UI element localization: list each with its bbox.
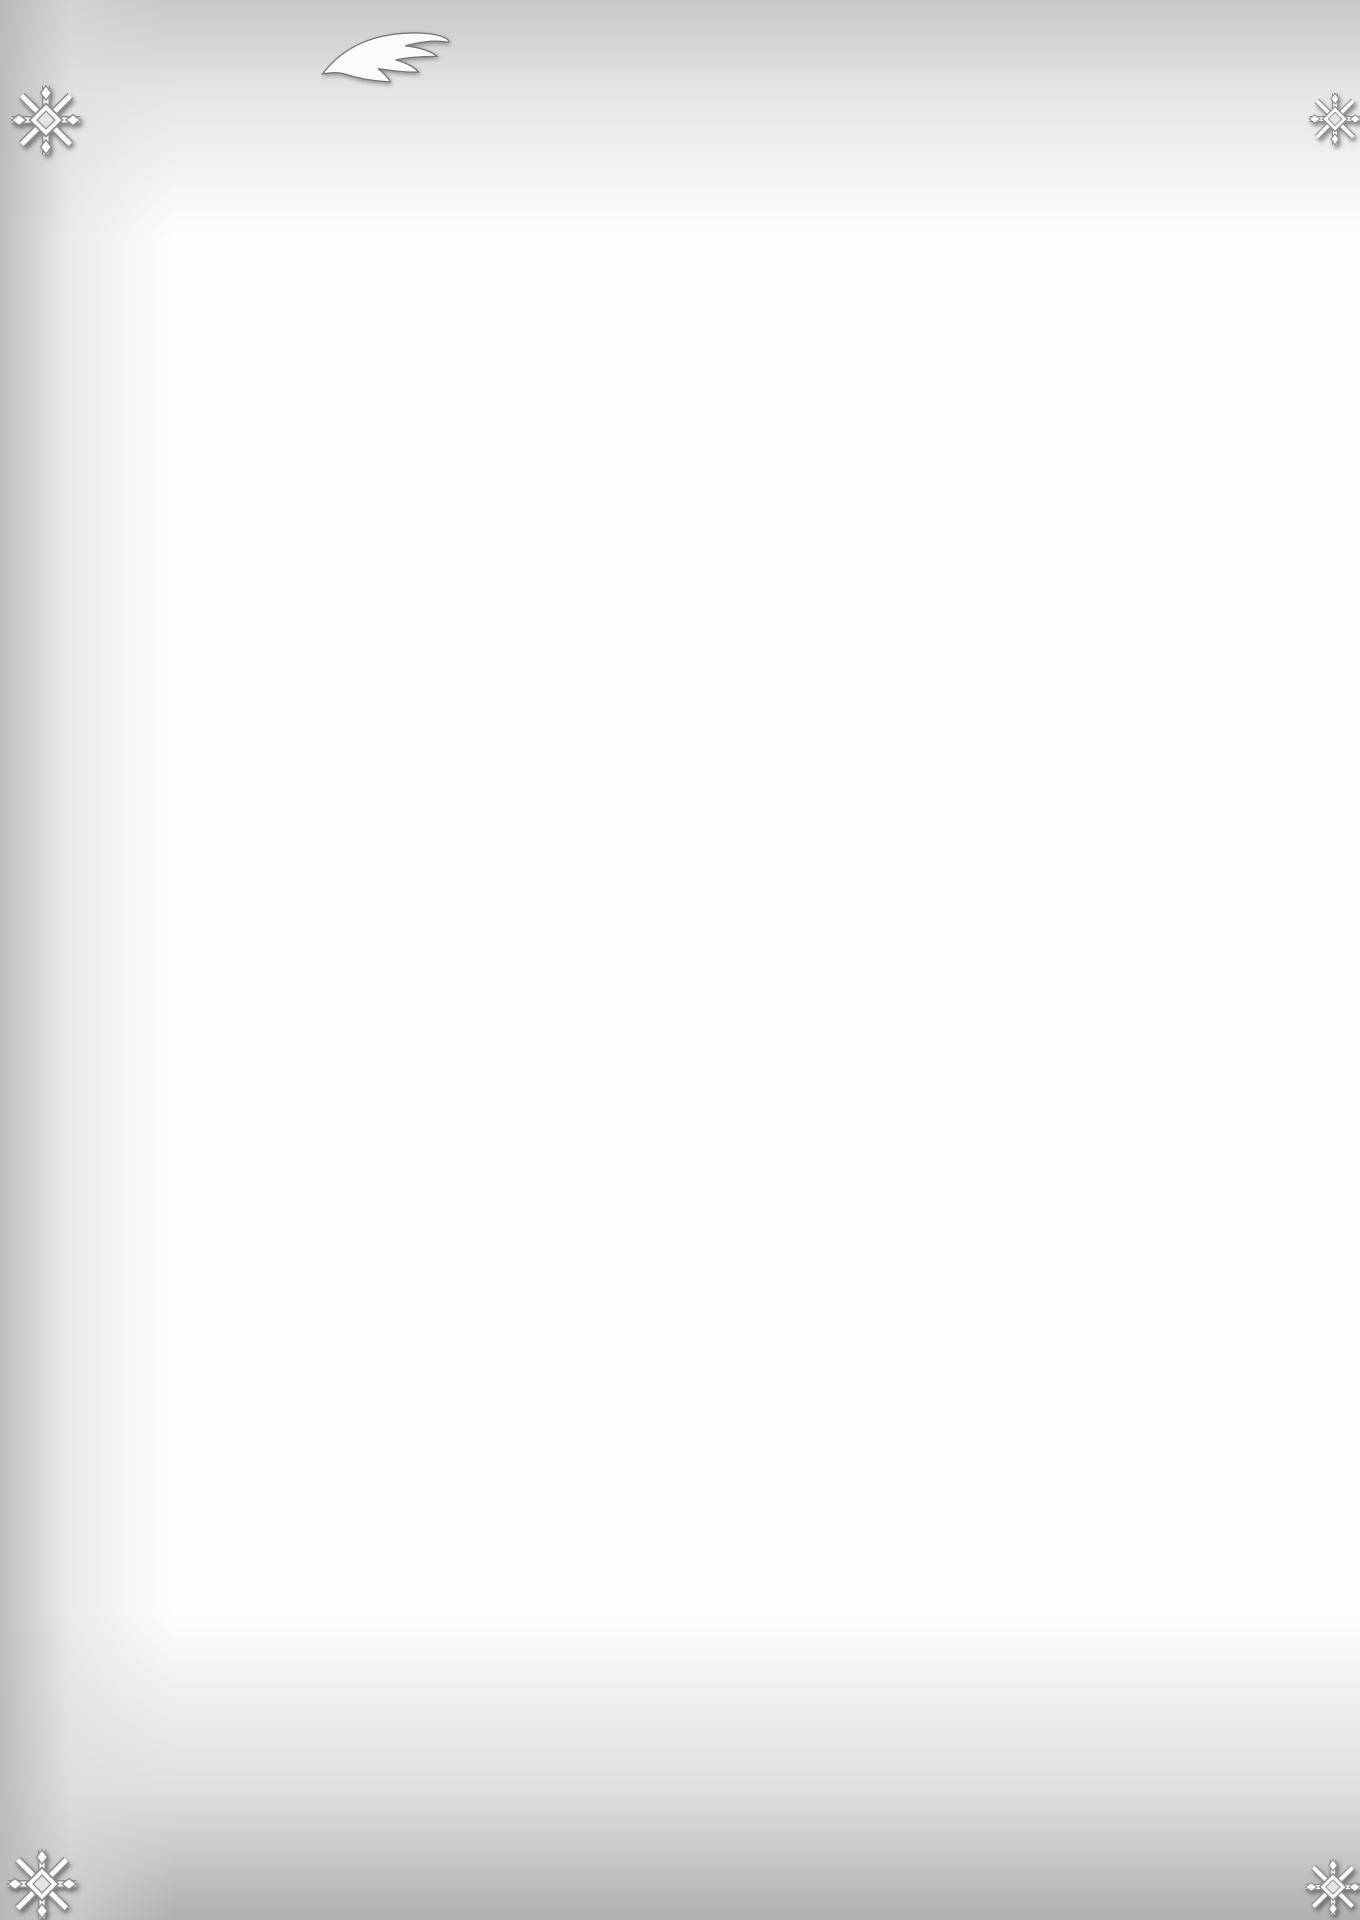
corner-ornament-icon (1304, 1858, 1360, 1916)
logo (92, 26, 452, 148)
novel-page (0, 0, 1360, 1920)
text-band-2 (85, 602, 1205, 994)
text-band-4 (85, 1452, 1205, 1840)
corner-ornament-icon (1308, 92, 1360, 146)
left-border-ornament (25, 0, 61, 1920)
corner-ornament-icon (10, 84, 82, 156)
bottom-border-ornament (0, 1868, 1360, 1904)
text-band-3 (85, 1016, 1205, 1408)
text-band-1 (85, 166, 1205, 558)
corner-ornament-icon (6, 1848, 78, 1920)
wing-icon (320, 28, 452, 90)
